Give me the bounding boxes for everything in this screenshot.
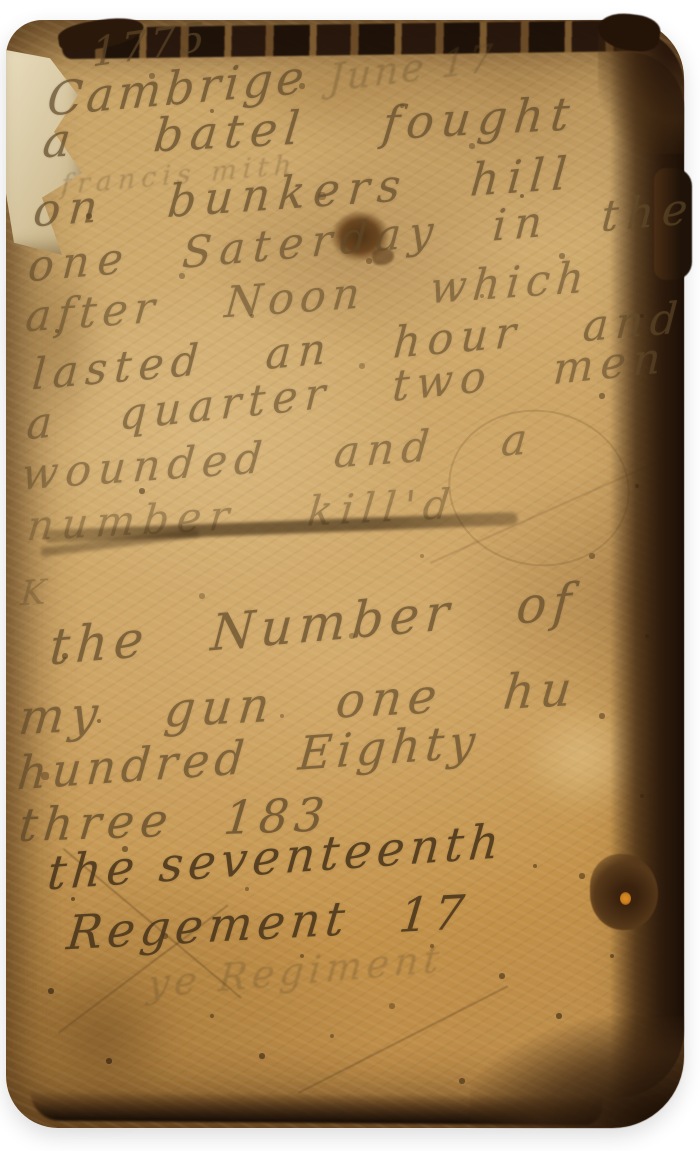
dirt-speckles: [6, 20, 8, 22]
manuscript-photo: 1775 Cambrige June 17 a batel fought fra…: [0, 0, 700, 1151]
leather-corner-bottom-right: [470, 1016, 684, 1128]
rust-spot: [620, 892, 631, 905]
handwriting-k-mark: K: [19, 572, 47, 614]
